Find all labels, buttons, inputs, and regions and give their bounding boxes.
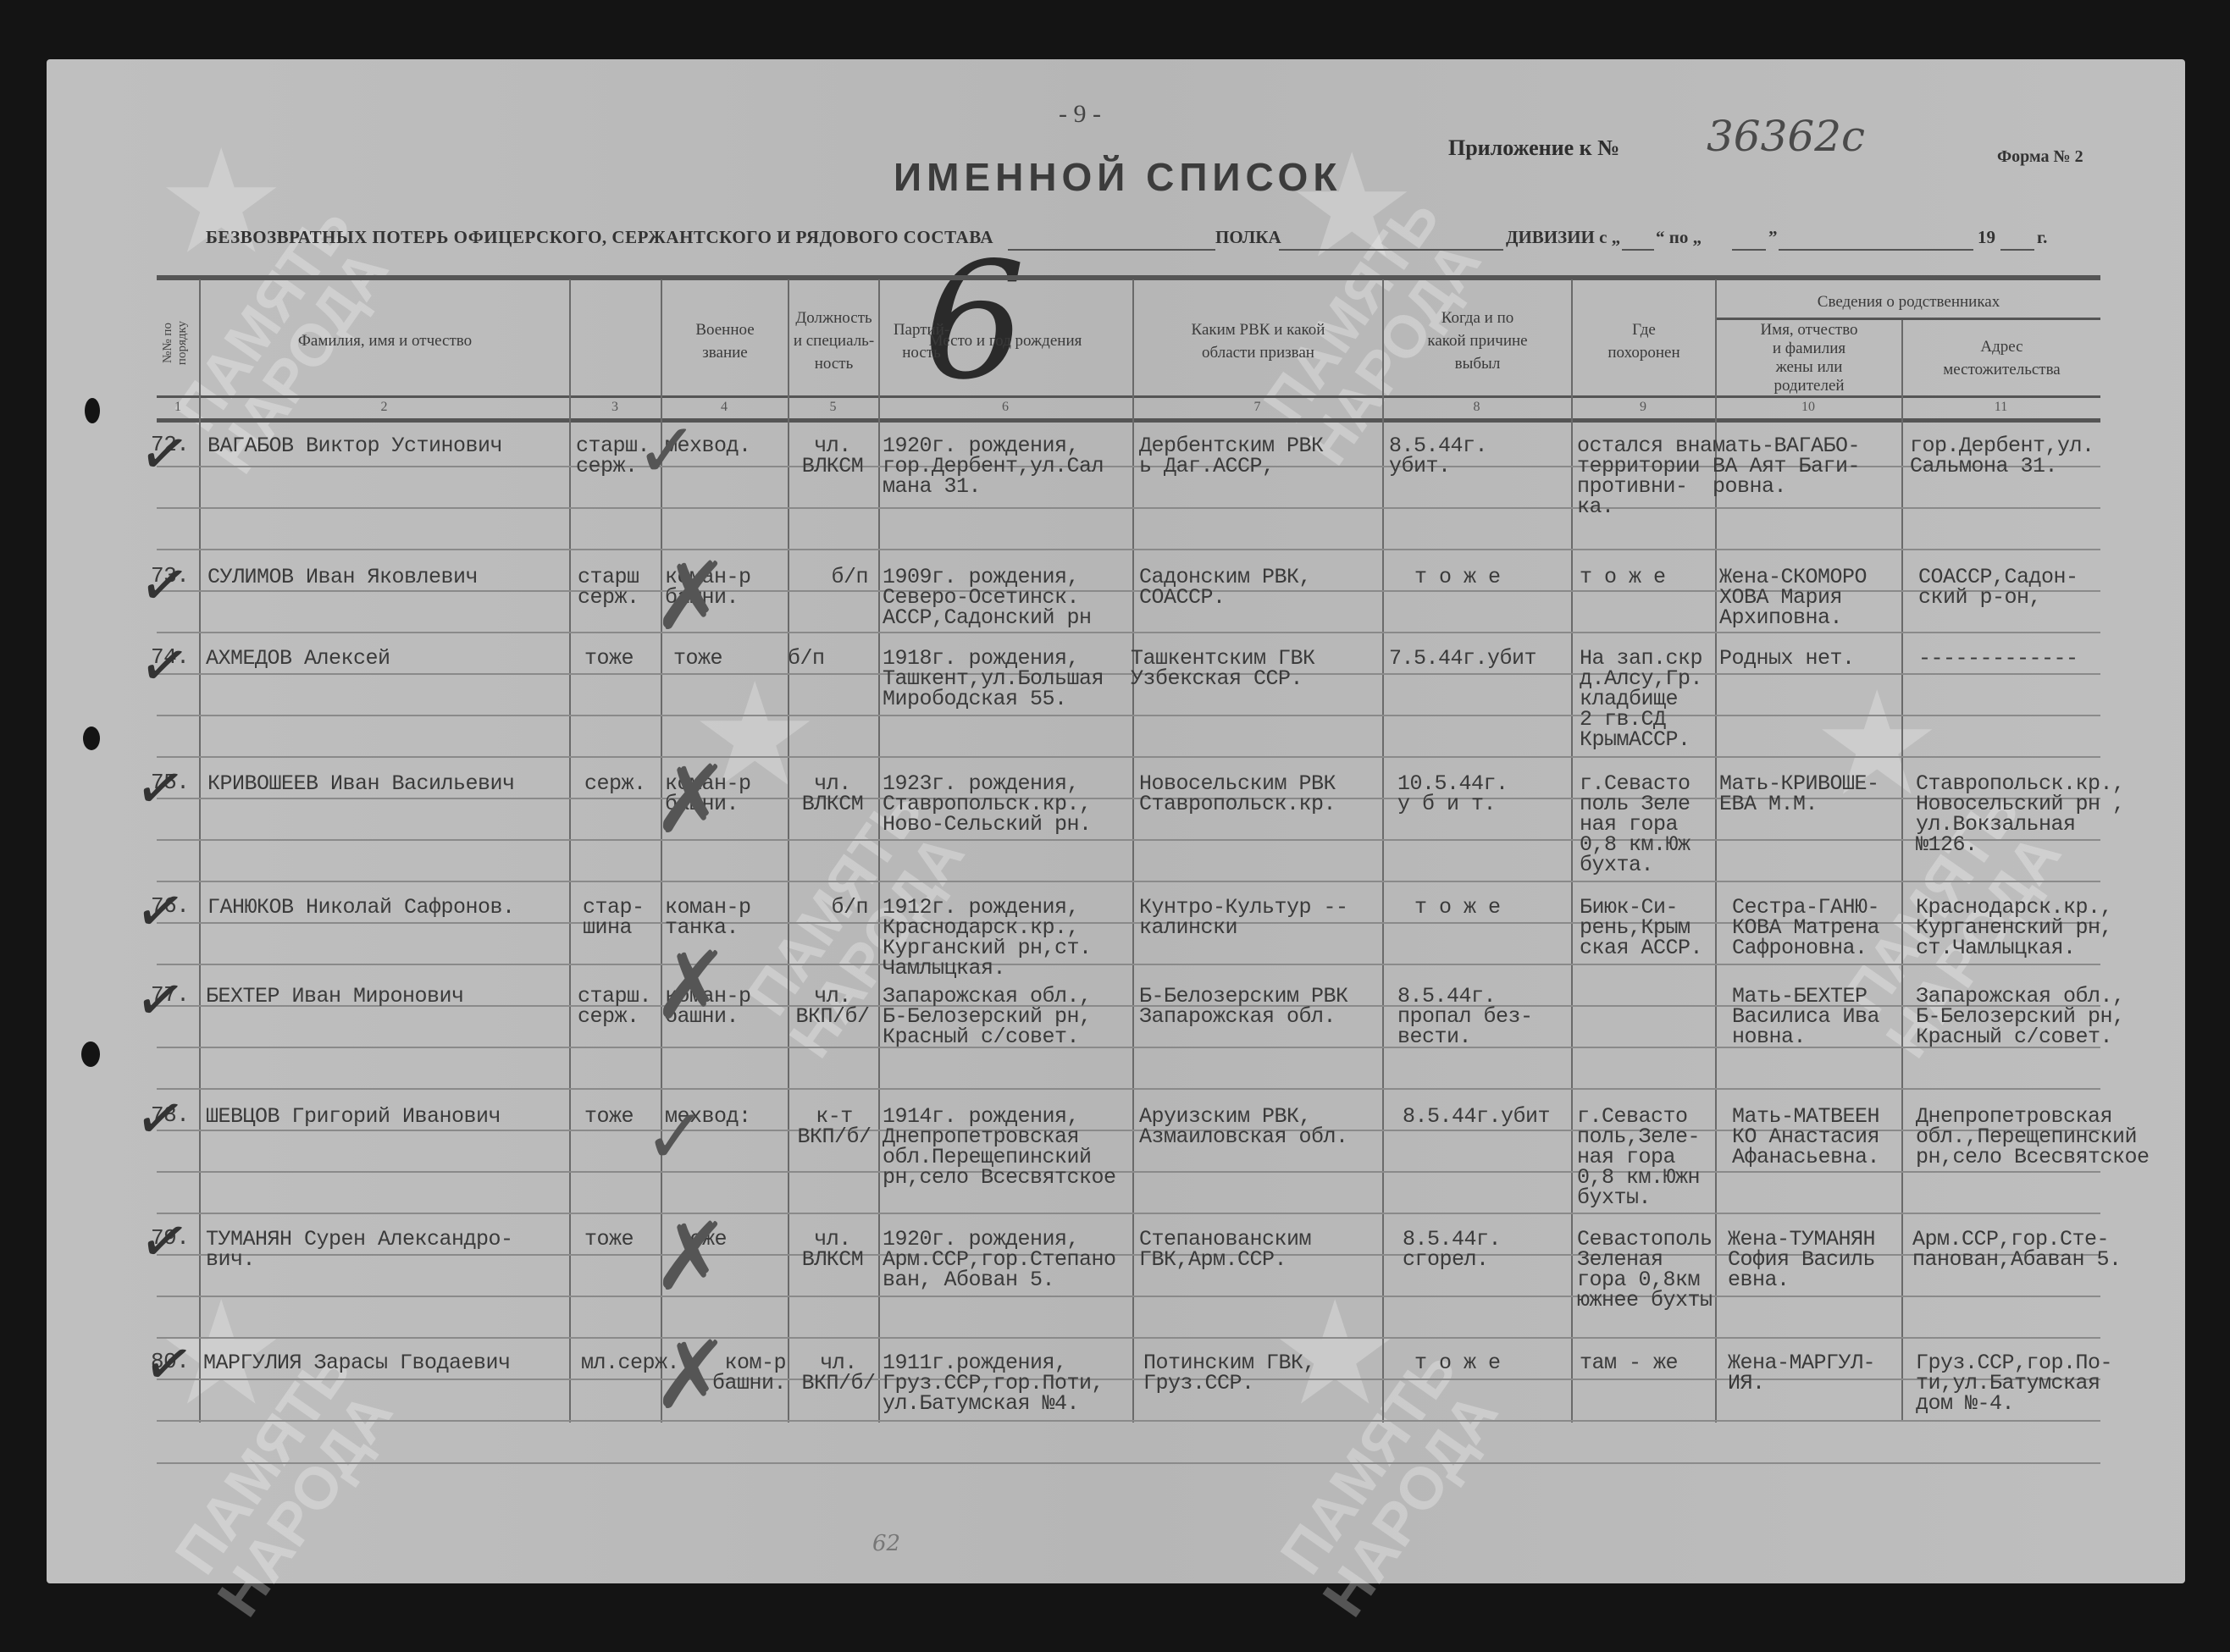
column-divider	[1901, 320, 1903, 1421]
party: чл. ВКП/б/	[792, 1353, 885, 1394]
relative-address: -------------	[1918, 649, 2078, 669]
relative-name: Сестра-ГАНЮ- КОВА Матрена Сафроновна.	[1732, 898, 1879, 959]
row-line	[157, 673, 2100, 675]
pencil-check-icon: ✓	[635, 406, 699, 495]
column-number: 1	[157, 400, 199, 415]
party: чл. ВЛКСМ	[786, 1229, 879, 1270]
pencil-check-icon: ✓	[644, 1092, 707, 1181]
relative-name: Родных нет.	[1719, 649, 1855, 669]
page-number: - 9 -	[1059, 100, 1101, 129]
header-col-7: Каким РВК и какой области призван	[1134, 288, 1382, 394]
punch-hole	[85, 398, 100, 423]
military-rank: серж.	[584, 774, 646, 794]
birth-place-year: 1912г. рождения, Краснодарск.кр., Курган…	[883, 898, 1092, 979]
military-rank: тоже	[584, 649, 634, 669]
date-reason: 8.5.44г. убит.	[1389, 436, 1487, 477]
attachment-number-handwritten: 36362с	[1707, 112, 1865, 161]
party: к-т ВКП/б/	[788, 1107, 881, 1147]
burial-place: На зап.скр д.Алсу,Гр. кладбище 2 гв.СД К…	[1580, 649, 1702, 750]
burial-place: г.Севасто поль,Зеле- ная гора 0,8 км.Южн…	[1577, 1107, 1700, 1208]
party: чл. ВКП/б/	[786, 986, 879, 1027]
column-divider	[1571, 279, 1573, 1423]
pencil-cross-icon: ✗	[652, 745, 730, 854]
birth-place-year: 1909г. рождения, Северо-Осетинск. АССР,С…	[883, 567, 1092, 628]
date-reason: 7.5.44г.убит	[1389, 649, 1536, 669]
date-reason: т о ж е	[1414, 898, 1501, 918]
column-numbers-top-rule	[157, 395, 2100, 398]
pencil-note: 62	[872, 1531, 900, 1556]
relative-address: Запарожская обл., Б-Белозерский рн, Крас…	[1916, 986, 2125, 1047]
full-name: СУЛИМОВ Иван Яковлевич	[208, 567, 478, 588]
burial-place: т о ж е	[1580, 567, 1666, 588]
row-line	[157, 1462, 2100, 1464]
relative-address: Днепропетровская обл.,Перещепинский рн,с…	[1916, 1107, 2150, 1168]
relative-name: Мать-КРИВОШЕ- ЕВА М.М.	[1719, 774, 1879, 815]
party: б/п	[800, 567, 868, 588]
conscription-office: Кунтро-Культур -- калински	[1139, 898, 1348, 938]
conscription-office: Новосельским РВК Ставропольск.кр.	[1139, 774, 1336, 815]
document-subtitle: БЕЗВОЗВРАТНЫХ ПОТЕРЬ ОФИЦЕРСКОГО, СЕРЖАН…	[206, 227, 993, 248]
header-col-8: Когда и по какой причине выбыл	[1384, 288, 1571, 394]
header-col-6-label: Место и год рождения	[878, 288, 1132, 394]
birth-place-year: 1914г. рождения, Днепропетровская обл.Пе…	[883, 1107, 1116, 1188]
row-line	[157, 881, 2100, 882]
conscription-office: Садонским РВК, СОАССР.	[1139, 567, 1311, 608]
relative-name: Мать-МАТВЕЕН КО Анастасия Афанасьевна.	[1732, 1107, 1879, 1168]
conscription-office: Аруизским РВК, Азмаиловская обл.	[1139, 1107, 1348, 1147]
row-line	[157, 1296, 2100, 1297]
relative-address: Ставропольск.кр., Новосельский рн , ул.В…	[1916, 774, 2125, 855]
party: чл. ВЛКСМ	[786, 436, 879, 477]
birth-place-year: 1911г.рождения, Груз.ССР,гор.Поти, ул.Ба…	[883, 1353, 1104, 1414]
pencil-cross-icon: ✗	[652, 542, 730, 650]
birth-place-year: 1923г. рождения, Ставропольск.кр., Ново-…	[883, 774, 1092, 835]
row-line	[157, 1088, 2100, 1090]
year-label: 19	[1978, 227, 1995, 248]
row-line	[157, 1171, 2100, 1173]
conscription-office: Б-Белозерским РВК Запарожская обл.	[1139, 986, 1348, 1027]
relatives-group-header: Сведения о родственниках	[1717, 286, 2100, 317]
burial-place: Биюк-Си- рень,Крым ская АССР.	[1580, 898, 1702, 959]
row-line	[157, 839, 2100, 841]
division-blank	[1279, 249, 1503, 251]
year-suffix: г.	[2037, 227, 2047, 248]
year-blank	[2000, 249, 2034, 251]
column-divider	[199, 279, 201, 1423]
conscription-office: Ташкентским ГВК Узбекская ССР.	[1131, 649, 1315, 689]
column-divider	[1382, 279, 1384, 1423]
position: тоже	[673, 649, 722, 669]
attachment-label: Приложение к №	[1448, 135, 1619, 161]
date-reason: 8.5.44г. пропал без- вести.	[1397, 986, 1533, 1047]
row-line	[157, 1420, 2100, 1422]
column-number: 11	[1901, 400, 2100, 415]
relative-name: Мать-БЕХТЕР Василиса Ива новна.	[1732, 986, 1879, 1047]
date-to-label: “ по „	[1656, 227, 1702, 248]
header-col-1: №№ по порядку	[161, 296, 195, 390]
row-line	[157, 507, 2100, 509]
date-to-close: ”	[1768, 227, 1778, 248]
party: чл. ВЛКСМ	[786, 774, 879, 815]
relative-address: Арм.ССР,гор.Сте- панован,Абаван 5.	[1912, 1229, 2122, 1270]
group-header-rule	[1715, 318, 2100, 320]
punch-hole	[81, 1041, 100, 1067]
column-number: 6	[878, 400, 1132, 415]
header-col-2: Фамилия, имя и отчество	[201, 288, 569, 394]
full-name: БЕХТЕР Иван Миронович	[206, 986, 464, 1007]
conscription-office: Степанованским ГВК,Арм.ССР.	[1139, 1229, 1311, 1270]
date-reason: т о ж е	[1414, 1353, 1501, 1373]
full-name: МАРГУЛИЯ Зарасы Гводаевич	[203, 1353, 511, 1373]
date-reason: 8.5.44г.убит	[1403, 1107, 1550, 1127]
relative-address: СОАССР,Садон- ский р-он,	[1918, 567, 2078, 608]
birth-place-year: 1920г. рождения, гор.Дербент,ул.Сал мана…	[883, 436, 1104, 497]
header-col-3: Военное звание	[662, 288, 788, 394]
column-number: 9	[1571, 400, 1715, 415]
header-col-4: Должность и специаль- ность	[789, 288, 878, 394]
military-rank: тоже	[584, 1229, 634, 1250]
military-rank: старш серж.	[578, 567, 639, 608]
conscription-office: Потинским ГВК, Груз.ССР.	[1143, 1353, 1315, 1394]
date-reason: 10.5.44г. у б и т.	[1397, 774, 1508, 815]
column-number: 2	[199, 400, 569, 415]
header-col-11: Адрес местожительства	[1903, 322, 2100, 395]
party: б/п	[788, 649, 825, 669]
military-rank: тоже	[584, 1107, 634, 1127]
row-line	[157, 756, 2100, 758]
relative-address: гор.Дербент,ул. Сальмона 31.	[1910, 436, 2094, 477]
burial-place: г.Севасто поль Зеле ная гора 0,8 км.Юж б…	[1580, 774, 1690, 876]
column-number: 10	[1715, 400, 1901, 415]
full-name: ТУМАНЯН Сурен Александро- вич.	[206, 1229, 513, 1270]
document-title: ИМЕННОЙ СПИСОК	[894, 154, 1342, 200]
table-top-rule	[157, 275, 2100, 280]
birth-place-year: Запарожская обл., Б-Белозерский рн, Крас…	[883, 986, 1092, 1047]
row-line	[157, 549, 2100, 550]
military-rank: стар- шина	[583, 898, 645, 938]
column-number: 8	[1382, 400, 1571, 415]
regiment-blank	[1008, 249, 1215, 251]
row-line	[157, 632, 2100, 633]
month-blank	[1779, 249, 1973, 251]
date-from-blank	[1622, 249, 1654, 251]
conscription-office: Дербентским РВК ь Даг.АССР,	[1139, 436, 1324, 477]
punch-hole	[83, 727, 100, 750]
column-divider	[569, 279, 571, 1423]
relative-address: Краснодарск.кр., Курганенский рн, ст.Чам…	[1916, 898, 2112, 959]
relative-name: мать-ВАГАБО- ВА Аят Баги- ровна.	[1713, 436, 1860, 497]
row-line	[157, 1213, 2100, 1214]
full-name: ГАНЮКОВ Николай Сафронов.	[208, 898, 515, 918]
header-bottom-rule	[157, 418, 2100, 423]
date-reason: т о ж е	[1414, 567, 1501, 588]
birth-place-year: 1918г. рождения, Ташкент,ул.Большая Миро…	[883, 649, 1104, 710]
date-to-blank	[1732, 249, 1766, 251]
relative-address: Груз.ССР,гор.По- ти,ул.Батумская дом №-4…	[1916, 1353, 2112, 1414]
full-name: ШЕВЦОВ Григорий Иванович	[206, 1107, 501, 1127]
header-col-10: Имя, отчество и фамилия жены или родител…	[1717, 322, 1901, 395]
relative-name: Жена-ТУМАНЯН София Василь евна.	[1728, 1229, 1875, 1290]
column-number: 7	[1132, 400, 1382, 415]
burial-place: Севастополь Зеленая гора 0,8км южнее бух…	[1577, 1229, 1713, 1311]
row-line	[157, 715, 2100, 716]
row-line	[157, 1337, 2100, 1339]
row-line	[157, 964, 2100, 965]
relative-name: Жена-МАРГУЛ- ИЯ.	[1728, 1353, 1875, 1394]
birth-place-year: 1920г. рождения, Арм.ССР,гор.Степано ван…	[883, 1229, 1116, 1290]
column-number: 5	[788, 400, 878, 415]
regiment-label: ПОЛКА	[1215, 227, 1281, 248]
header-col-9: Где похоронен	[1573, 288, 1715, 394]
pencil-cross-icon: ✗	[652, 931, 730, 1040]
relative-name: Жена-СКОМОРО ХОВА Мария Архиповна.	[1719, 567, 1867, 628]
form-number: Форма № 2	[1997, 147, 2083, 167]
pencil-cross-icon: ✗	[652, 1202, 730, 1311]
full-name: КРИВОШЕЕВ Иван Васильевич	[208, 774, 515, 794]
full-name: АХМЕДОВ Алексей	[206, 649, 390, 669]
date-reason: 8.5.44г. сгорел.	[1403, 1229, 1501, 1270]
full-name: ВАГАБОВ Виктор Устинович	[208, 436, 502, 456]
division-label: ДИВИЗИИ с „	[1506, 227, 1620, 248]
burial-place: остался вна территории противни- ка.	[1577, 436, 1713, 517]
pencil-cross-icon: ✗	[652, 1321, 730, 1429]
column-divider	[1132, 279, 1134, 1423]
burial-place: там - же	[1580, 1353, 1678, 1373]
military-rank: старш. серж.	[578, 986, 651, 1027]
party: б/п	[800, 898, 868, 918]
